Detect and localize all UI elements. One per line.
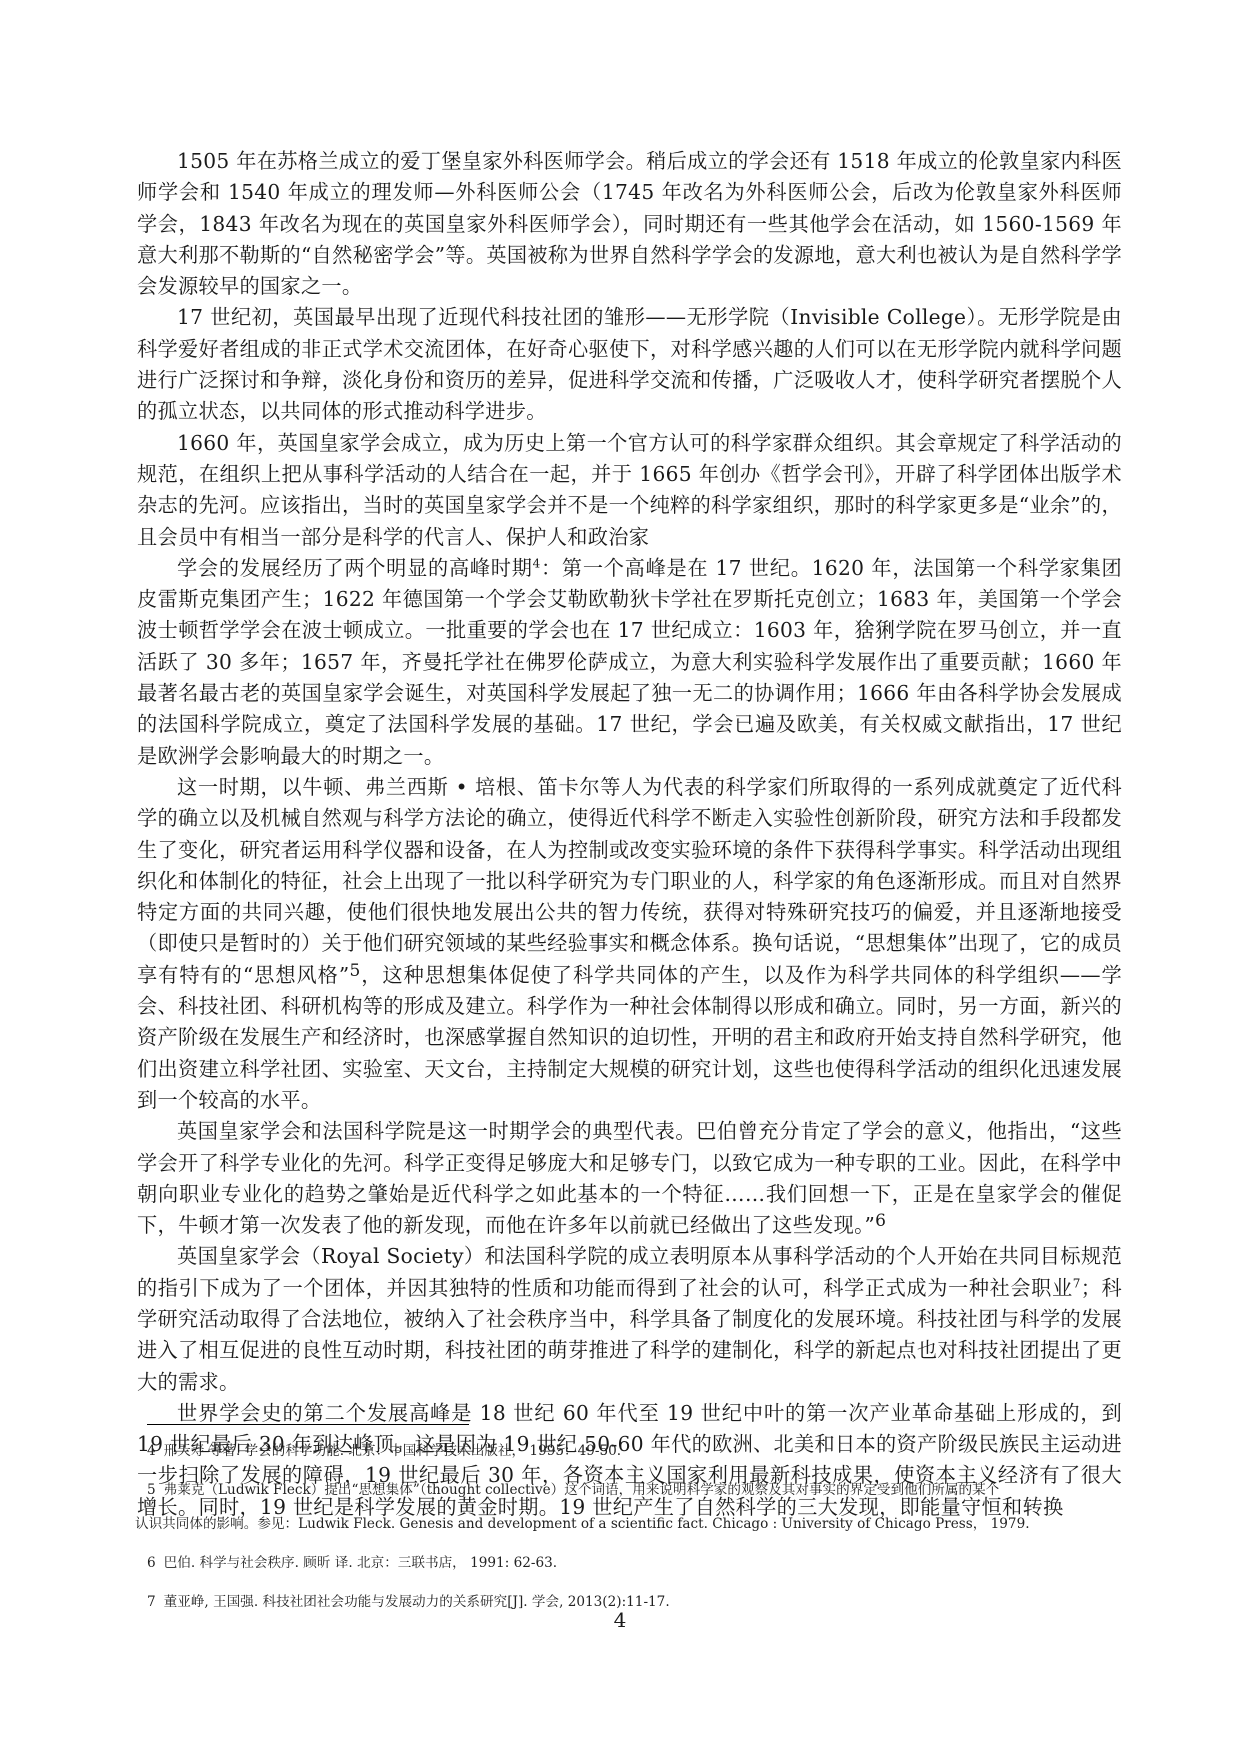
paragraph: 英国皇家学会（Royal Society）和法国科学院的成立表明原本从事科学活动…: [137, 1241, 1122, 1397]
footnote-ref[interactable]: 6: [875, 1211, 886, 1231]
paragraph: 这一时期，以牛顿、弗兰西斯 • 培根、笛卡尔等人为代表的科学家们所取得的一系列成…: [137, 772, 1122, 1116]
footnote-text: 弗莱克（Ludwik Fleck）提出“思想集体”（thought collec…: [164, 1482, 1000, 1498]
paragraph-text: 英国皇家学会（Royal Society）和法国科学院的成立表明原本从事科学活动…: [137, 1244, 1122, 1299]
paragraph: 17 世纪初，英国最早出现了近现代科技社团的雏形——无形学院（Invisible…: [137, 302, 1122, 427]
footnote-text: 邢天寿 等著. 学会的科学功能. 北京：中国科学技术出版社， 1995：49-5…: [164, 1443, 621, 1459]
footnote-text: 董亚峥, 王国强. 科技社团社会功能与发展动力的关系研究[J]. 学会, 201…: [164, 1594, 670, 1610]
footnote-ref[interactable]: 7: [1073, 1276, 1081, 1290]
footnotes: 4邢天寿 等著. 学会的科学功能. 北京：中国科学技术出版社， 1995：49-…: [147, 1440, 1127, 1630]
page-number: 4: [600, 1608, 640, 1632]
paragraph: 学会的发展经历了两个明显的高峰时期4：第一个高峰是在 17 世纪。1620 年，…: [137, 553, 1122, 772]
footnote-5: 5弗莱克（Ludwik Fleck）提出“思想集体”（thought colle…: [147, 1479, 1127, 1535]
paragraph: 1660 年，英国皇家学会成立，成为历史上第一个官方认可的科学家群众组织。其会章…: [137, 428, 1122, 553]
document-body: 1505 年在苏格兰成立的爱丁堡皇家外科医师学会。稍后成立的学会还有 1518 …: [137, 146, 1122, 1523]
paragraph-text: 这一时期，以牛顿、弗兰西斯 • 培根、笛卡尔等人为代表的科学家们所取得的一系列成…: [137, 775, 1122, 987]
paragraph: 1505 年在苏格兰成立的爱丁堡皇家外科医师学会。稍后成立的学会还有 1518 …: [137, 146, 1122, 302]
footnote-ref[interactable]: 5: [349, 961, 360, 981]
footnote-number: 4: [147, 1443, 156, 1459]
footnote-number: 6: [147, 1555, 156, 1571]
paragraph: 英国皇家学会和法国科学院是这一时期学会的典型代表。巴伯曾充分肯定了学会的意义，他…: [137, 1116, 1122, 1241]
footnote-text-continued: 认识共同体的影响。参见：Ludwik Fleck. Genesis and de…: [135, 1513, 1127, 1535]
footnote-ref[interactable]: 4: [533, 556, 541, 570]
footnote-separator: [147, 1424, 469, 1425]
footnote-text: 巴伯. 科学与社会秩序. 顾昕 译. 北京：三联书店， 1991: 62-63.: [164, 1555, 557, 1571]
footnote-number: 5: [147, 1482, 156, 1498]
footnote-4: 4邢天寿 等著. 学会的科学功能. 北京：中国科学技术出版社， 1995：49-…: [147, 1440, 1127, 1462]
paragraph-text: 学会的发展经历了两个明显的高峰时期: [177, 556, 533, 580]
paragraph-text: 英国皇家学会和法国科学院是这一时期学会的典型代表。巴伯曾充分肯定了学会的意义，他…: [137, 1119, 1122, 1237]
footnote-number: 7: [147, 1594, 156, 1610]
footnote-6: 6巴伯. 科学与社会秩序. 顾昕 译. 北京：三联书店， 1991: 62-63…: [147, 1552, 1127, 1574]
paragraph-text: ：第一个高峰是在 17 世纪。1620 年，法国第一个科学家集团皮雷斯克集团产生…: [137, 556, 1122, 768]
